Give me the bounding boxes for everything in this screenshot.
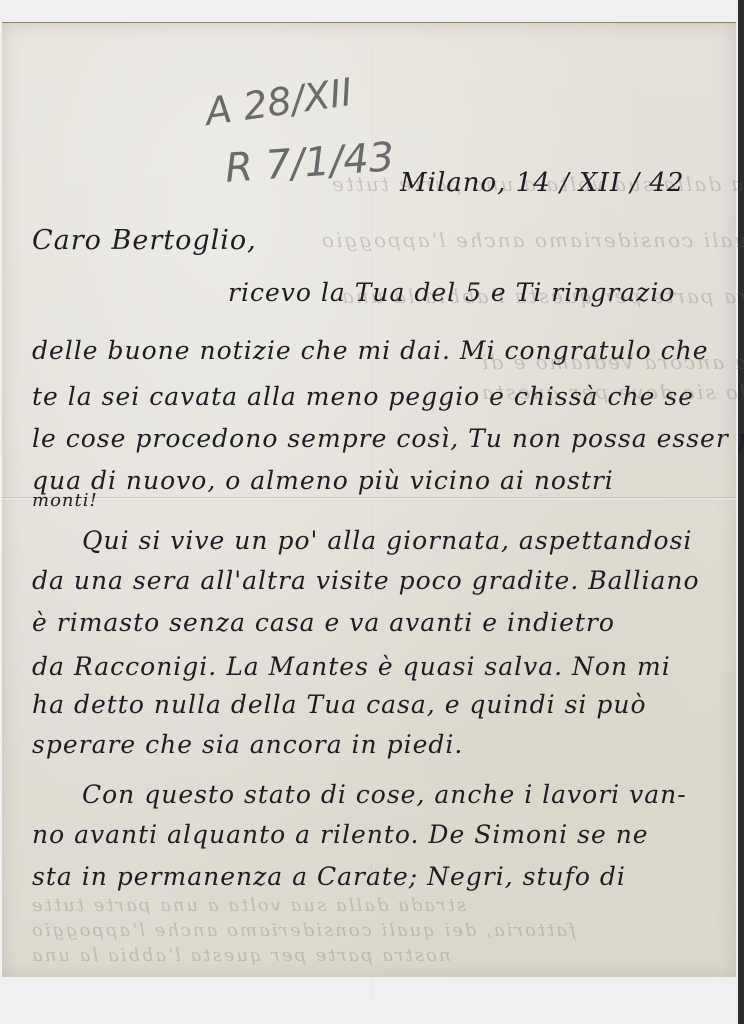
letter-line: te la sei cavata alla meno peggio e chis… [32,382,694,411]
letter-line: è rimasto senza casa e va avanti e indie… [32,608,615,637]
bleed-through-text: nostra parte per questa l'abbia la una [30,945,450,966]
bleed-through-text: strada dalla sua volta a una parte tutte [30,895,466,916]
letter-line: sperare che sia ancora in piedi. [32,730,463,759]
horizontal-fold-crease [2,497,736,501]
letter-line: da Racconigi. La Mantes è quasi salva. N… [32,652,671,681]
letter-line: delle buone notizie che mi dai. Mi congr… [32,336,709,365]
place-and-date: Milano, 14 / XII / 42 [400,168,684,198]
scan-edge [738,0,744,1024]
salutation: Caro Bertoglio, [32,225,257,256]
letter-line: da una sera all'altra visite poco gradit… [32,566,700,595]
letter-line: sta in permanenza a Carate; Negri, stufo… [32,862,626,891]
scanned-letter: strada dalla sua volta a una parte tutte… [0,0,744,1024]
letter-line: qua di nuovo, o almeno più vicino ai nos… [32,466,614,495]
letter-line: ricevo la Tua del 5 e Ti ringrazio [228,278,675,307]
letter-line: Con questo stato di cose, anche i lavori… [82,780,687,809]
letter-line: no avanti alquanto a rilento. De Simoni … [32,820,649,849]
bleed-through-text: fattoria, dei quali consideriamo anche l… [30,920,576,941]
letter-line: monti! [32,490,98,511]
letter-line: ha detto nulla della Tua casa, e quindi … [32,690,647,719]
bleed-through-text: fattoria, dei quali consideriamo anche l… [320,228,744,252]
letter-line: le cose procedono sempre così, Tu non po… [32,424,744,453]
letter-line: Qui si vive un po' alla giornata, aspett… [82,526,692,555]
